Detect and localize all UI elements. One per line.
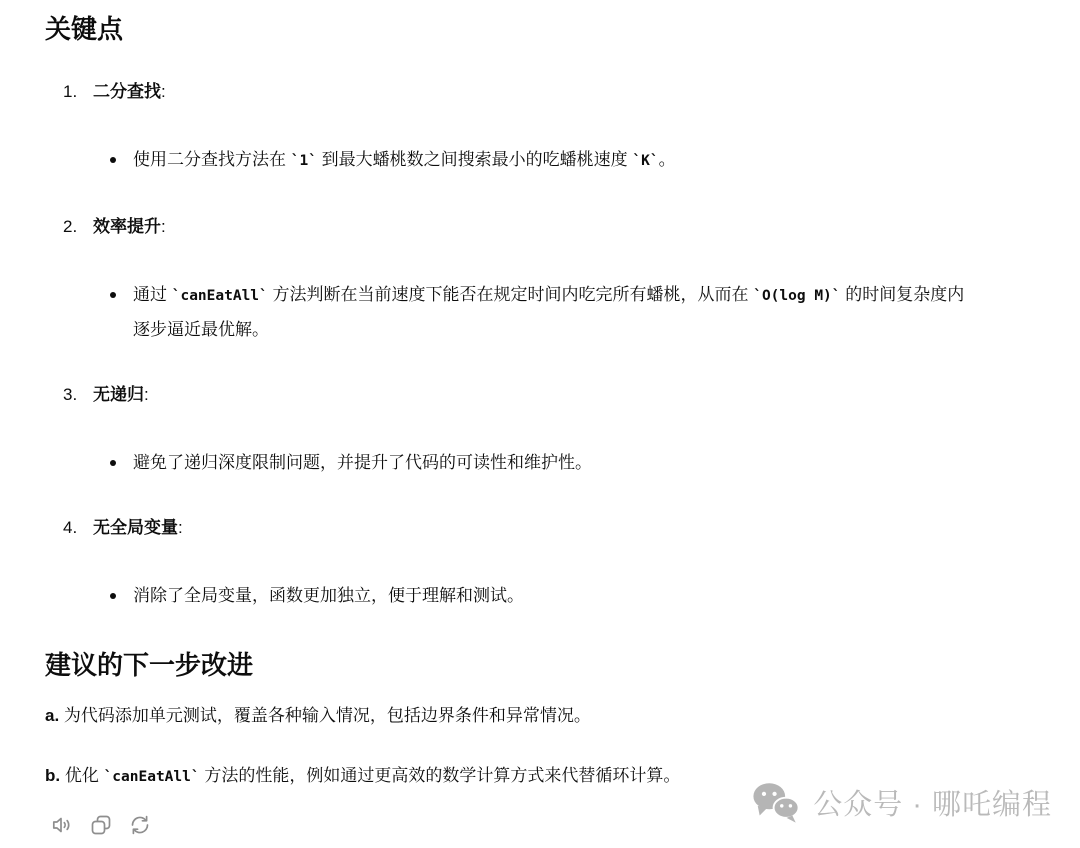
list-item-bullet: 消除了全局变量，函数更加独立，便于理解和测试。 [45,579,1035,612]
read-aloud-button[interactable] [50,813,74,837]
list-item-title: 无递归: [93,384,149,406]
inline-code: `O(log M)` [753,288,840,304]
key-points-heading: 关键点 [45,14,1035,45]
suggestion-label: a. [45,706,59,725]
bullet-text: 使用二分查找方法在 `1` 到最大蟠桃数之间搜索最小的吃蟠桃速度 `K`。 [133,143,676,178]
regenerate-icon [128,813,152,837]
bullet-text: 避免了递归深度限制问题，并提升了代码的可读性和维护性。 [133,446,592,479]
list-item-number: 2. [63,216,93,238]
inline-code: `1` [291,153,317,169]
list-item-bullet: 避免了递归深度限制问题，并提升了代码的可读性和维护性。 [45,446,1035,479]
watermark-text: 公众号 · 哪吒编程 [813,782,1052,823]
next-steps-heading: 建议的下一步改进 [45,650,1035,681]
wechat-logo-icon [751,780,801,824]
list-item: 3. 无递归: [63,384,1035,406]
list-item-title: 效率提升: [93,216,166,238]
list-item: 2. 效率提升: [63,216,1035,238]
bullet-dot [110,292,116,298]
inline-code: `K` [632,153,658,169]
list-item-number: 1. [63,81,93,103]
list-item-title: 二分查找: [93,81,166,103]
list-item: 4. 无全局变量: [63,517,1035,539]
bullet-text: 通过 `canEatAll` 方法判断在当前速度下能否在规定时间内吃完所有蟠桃，… [133,278,968,346]
list-item-bullet: 使用二分查找方法在 `1` 到最大蟠桃数之间搜索最小的吃蟠桃速度 `K`。 [45,143,1035,178]
regenerate-button[interactable] [128,813,152,837]
suggestion-label: b. [45,766,60,785]
inline-code: `canEatAll` [104,769,200,785]
copy-icon [89,813,113,837]
list-item-bullet: 通过 `canEatAll` 方法判断在当前速度下能否在规定时间内吃完所有蟠桃，… [45,278,1035,346]
watermark: 公众号 · 哪吒编程 [751,780,1052,824]
read-aloud-icon [50,813,74,837]
suggestion-a: a. 为代码添加单元测试，覆盖各种输入情况，包括边界条件和异常情况。 [45,703,1035,728]
list-item: 1. 二分查找: [63,81,1035,103]
list-item-number: 3. [63,384,93,406]
bullet-text: 消除了全局变量，函数更加独立，便于理解和测试。 [133,579,524,612]
bullet-dot [110,157,116,163]
list-item-title: 无全局变量: [93,517,183,539]
bullet-dot [110,593,116,599]
list-item-number: 4. [63,517,93,539]
copy-button[interactable] [89,813,113,837]
response-body: 关键点 1. 二分查找: 使用二分查找方法在 `1` 到最大蟠桃数之间搜索最小的… [0,0,1080,837]
bullet-dot [110,460,116,466]
inline-code: `canEatAll` [172,288,268,304]
